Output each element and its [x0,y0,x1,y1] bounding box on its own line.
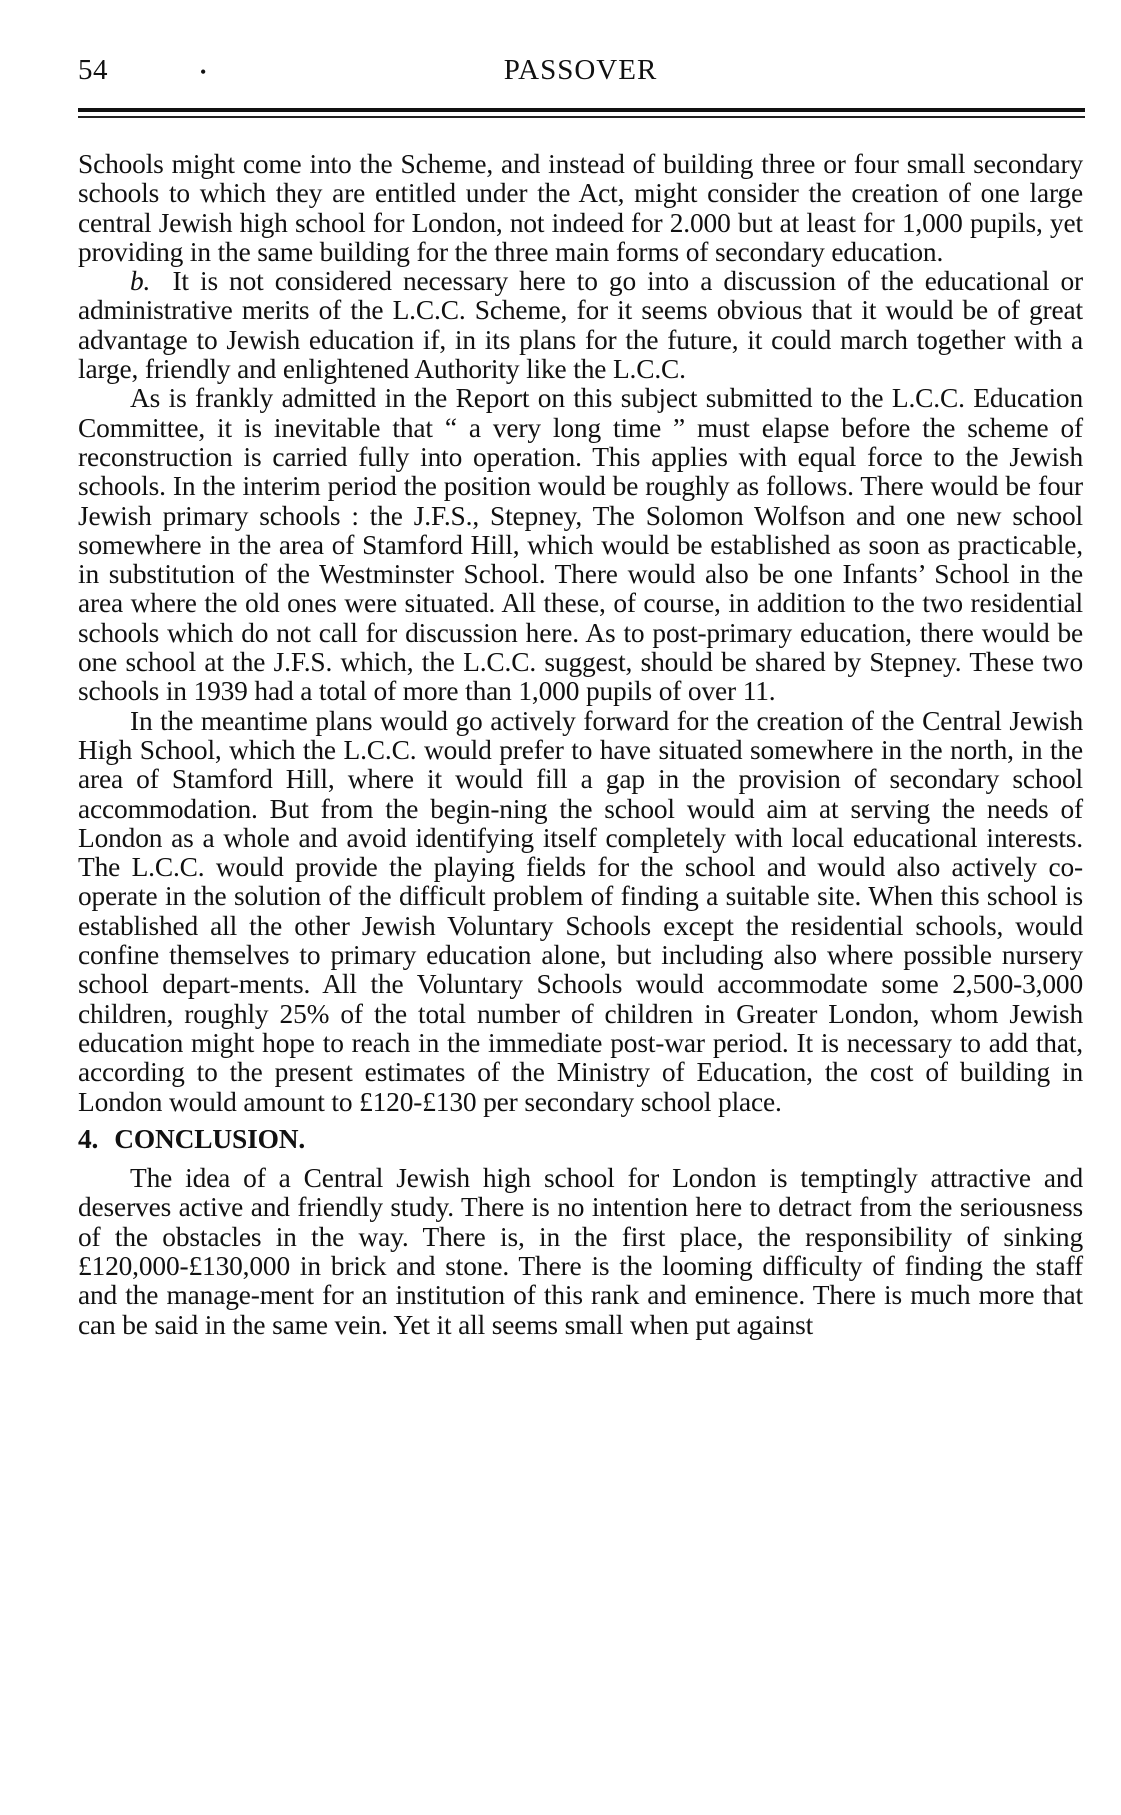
paragraph-text: It is not considered necessary here to g… [78,266,1083,384]
paragraph: In the meantime plans would go actively … [78,707,1083,1117]
paragraph: The idea of a Central Jewish high school… [78,1164,1083,1340]
paragraph: Schools might come into the Scheme, and … [78,150,1083,267]
running-head-title: PASSOVER [78,54,1083,87]
paragraph: As is frankly admitted in the Report on … [78,384,1083,706]
section-title: CONCLUSION. [114,1124,305,1154]
section-heading: 4.CONCLUSION. [78,1125,1083,1154]
section-number: 4. [78,1124,98,1154]
body-text: Schools might come into the Scheme, and … [78,150,1083,1340]
paragraph-b: b. It is not considered necessary here t… [78,267,1083,384]
header-rule-thin [78,116,1085,118]
header-rule-thick [78,108,1085,112]
running-head: 54 • PASSOVER [78,54,1083,94]
paragraph-label: b. [130,266,150,296]
